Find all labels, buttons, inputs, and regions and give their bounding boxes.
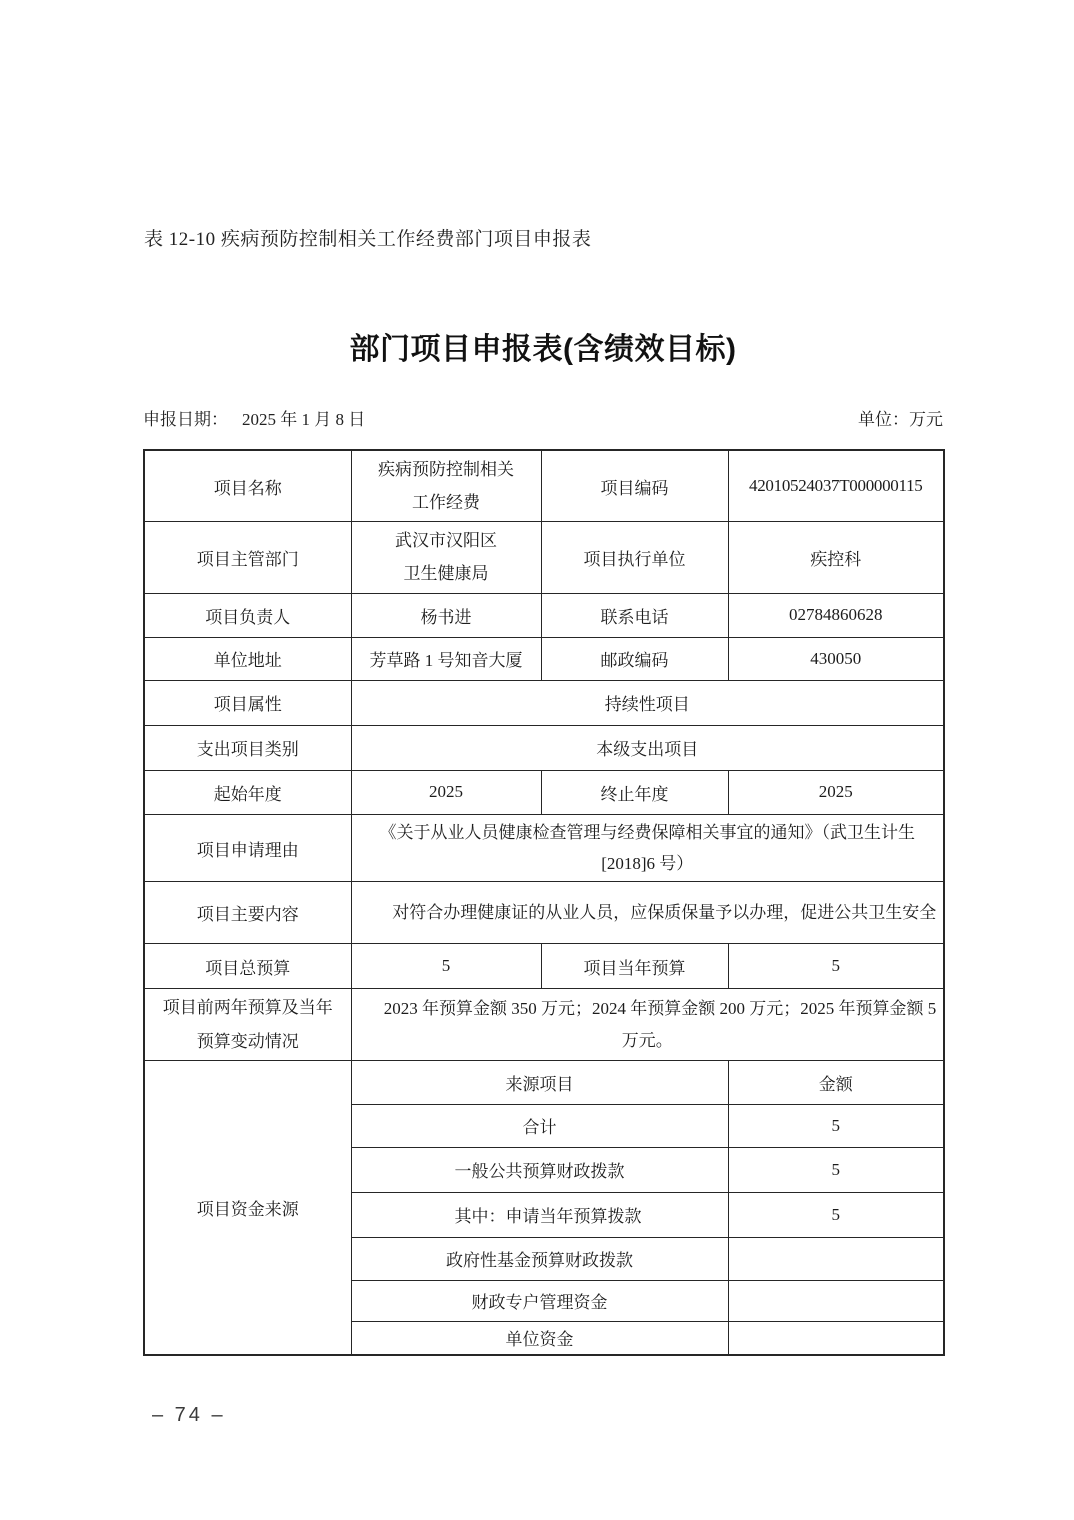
current-budget-label: 项目当年预算 xyxy=(541,944,728,989)
total-budget-value: 5 xyxy=(351,944,541,989)
history-value: 2023 年预算金额 350 万元；2024 年预算金额 200 万元；2025… xyxy=(351,989,944,1060)
executor-value: 疾控科 xyxy=(728,522,944,593)
end-year-label: 终止年度 xyxy=(541,770,728,814)
history-label: 项目前两年预算及当年 预算变动情况 xyxy=(144,989,351,1060)
funding-amount-current-year: 5 xyxy=(728,1192,944,1237)
funding-source-total: 合计 xyxy=(351,1104,728,1147)
project-code-label: 项目编码 xyxy=(541,450,728,522)
current-budget-value: 5 xyxy=(728,944,944,989)
reason-value: 《关于从业人员健康检查管理与经费保障相关事宜的通知》（武卫生计生[2018]6 … xyxy=(351,814,944,882)
reason-label: 项目申请理由 xyxy=(144,814,351,882)
project-code-value: 42010524037T000000115 xyxy=(728,450,944,522)
project-name-label: 项目名称 xyxy=(144,450,351,522)
postcode-label: 邮政编码 xyxy=(541,637,728,680)
row-attribute: 项目属性 持续性项目 xyxy=(144,680,944,725)
main-content-value: 对符合办理健康证的从业人员，应保质保量予以办理，促进公共卫生安全 xyxy=(351,882,944,944)
start-year-value: 2025 xyxy=(351,770,541,814)
row-expense-category: 支出项目类别 本级支出项目 xyxy=(144,725,944,770)
leader-value: 杨书进 xyxy=(351,593,541,637)
funding-source-gov-fund: 政府性基金预算财政拨款 xyxy=(351,1237,728,1280)
funding-amount-fiscal-account xyxy=(728,1280,944,1321)
meta-row: 申报日期：2025 年 1 月 8 日 单位：万元 xyxy=(143,405,943,430)
funding-source-public-budget: 一般公共预算财政拨款 xyxy=(351,1147,728,1192)
funding-amount-unit-fund xyxy=(728,1321,944,1355)
funding-source-unit-fund: 单位资金 xyxy=(351,1321,728,1355)
row-main-content: 项目主要内容 对符合办理健康证的从业人员，应保质保量予以办理，促进公共卫生安全 xyxy=(144,882,944,944)
declare-date: 申报日期：2025 年 1 月 8 日 xyxy=(143,405,365,430)
funding-header-amount: 金额 xyxy=(728,1060,944,1104)
end-year-value: 2025 xyxy=(728,770,944,814)
phone-value: 02784860628 xyxy=(728,593,944,637)
row-leader: 项目负责人 杨书进 联系电话 02784860628 xyxy=(144,593,944,637)
start-year-label: 起始年度 xyxy=(144,770,351,814)
table-caption: 表 12-10 疾病预防控制相关工作经费部门项目申报表 xyxy=(144,224,591,251)
funding-amount-public-budget: 5 xyxy=(728,1147,944,1192)
phone-label: 联系电话 xyxy=(541,593,728,637)
row-years: 起始年度 2025 终止年度 2025 xyxy=(144,770,944,814)
application-form-table: 项目名称 疾病预防控制相关 工作经费 项目编码 42010524037T0000… xyxy=(143,449,945,1356)
funding-source-fiscal-account: 财政专户管理资金 xyxy=(351,1280,728,1321)
address-value: 芳草路 1 号知音大厦 xyxy=(351,637,541,680)
postcode-value: 430050 xyxy=(728,637,944,680)
unit-label: 单位：万元 xyxy=(858,405,943,430)
row-budget: 项目总预算 5 项目当年预算 5 xyxy=(144,944,944,989)
total-budget-label: 项目总预算 xyxy=(144,944,351,989)
main-content-label: 项目主要内容 xyxy=(144,882,351,944)
row-funding-header: 项目资金来源 来源项目 金额 xyxy=(144,1060,944,1104)
expense-category-label: 支出项目类别 xyxy=(144,725,351,770)
attribute-label: 项目属性 xyxy=(144,680,351,725)
page-number: – 74 – xyxy=(152,1404,226,1427)
funding-label: 项目资金来源 xyxy=(144,1060,351,1355)
attribute-value: 持续性项目 xyxy=(351,680,944,725)
executor-label: 项目执行单位 xyxy=(541,522,728,593)
department-label: 项目主管部门 xyxy=(144,522,351,593)
address-label: 单位地址 xyxy=(144,637,351,680)
expense-category-value: 本级支出项目 xyxy=(351,725,944,770)
row-address: 单位地址 芳草路 1 号知音大厦 邮政编码 430050 xyxy=(144,637,944,680)
row-reason: 项目申请理由 《关于从业人员健康检查管理与经费保障相关事宜的通知》（武卫生计生[… xyxy=(144,814,944,882)
date-label: 申报日期： xyxy=(143,410,228,429)
leader-label: 项目负责人 xyxy=(144,593,351,637)
funding-source-current-year: 其中：申请当年预算拨款 xyxy=(351,1192,728,1237)
row-project-name: 项目名称 疾病预防控制相关 工作经费 项目编码 42010524037T0000… xyxy=(144,450,944,522)
date-value: 2025 年 1 月 8 日 xyxy=(242,410,365,429)
document-page: 表 12-10 疾病预防控制相关工作经费部门项目申报表 部门项目申报表(含绩效目… xyxy=(0,0,1074,1520)
funding-amount-gov-fund xyxy=(728,1237,944,1280)
row-department: 项目主管部门 武汉市汉阳区 卫生健康局 项目执行单位 疾控科 xyxy=(144,522,944,593)
funding-header-source: 来源项目 xyxy=(351,1060,728,1104)
row-history: 项目前两年预算及当年 预算变动情况 2023 年预算金额 350 万元；2024… xyxy=(144,989,944,1060)
department-value: 武汉市汉阳区 卫生健康局 xyxy=(351,522,541,593)
form-title: 部门项目申报表(含绩效目标) xyxy=(143,324,943,368)
funding-amount-total: 5 xyxy=(728,1104,944,1147)
project-name-value: 疾病预防控制相关 工作经费 xyxy=(351,450,541,522)
